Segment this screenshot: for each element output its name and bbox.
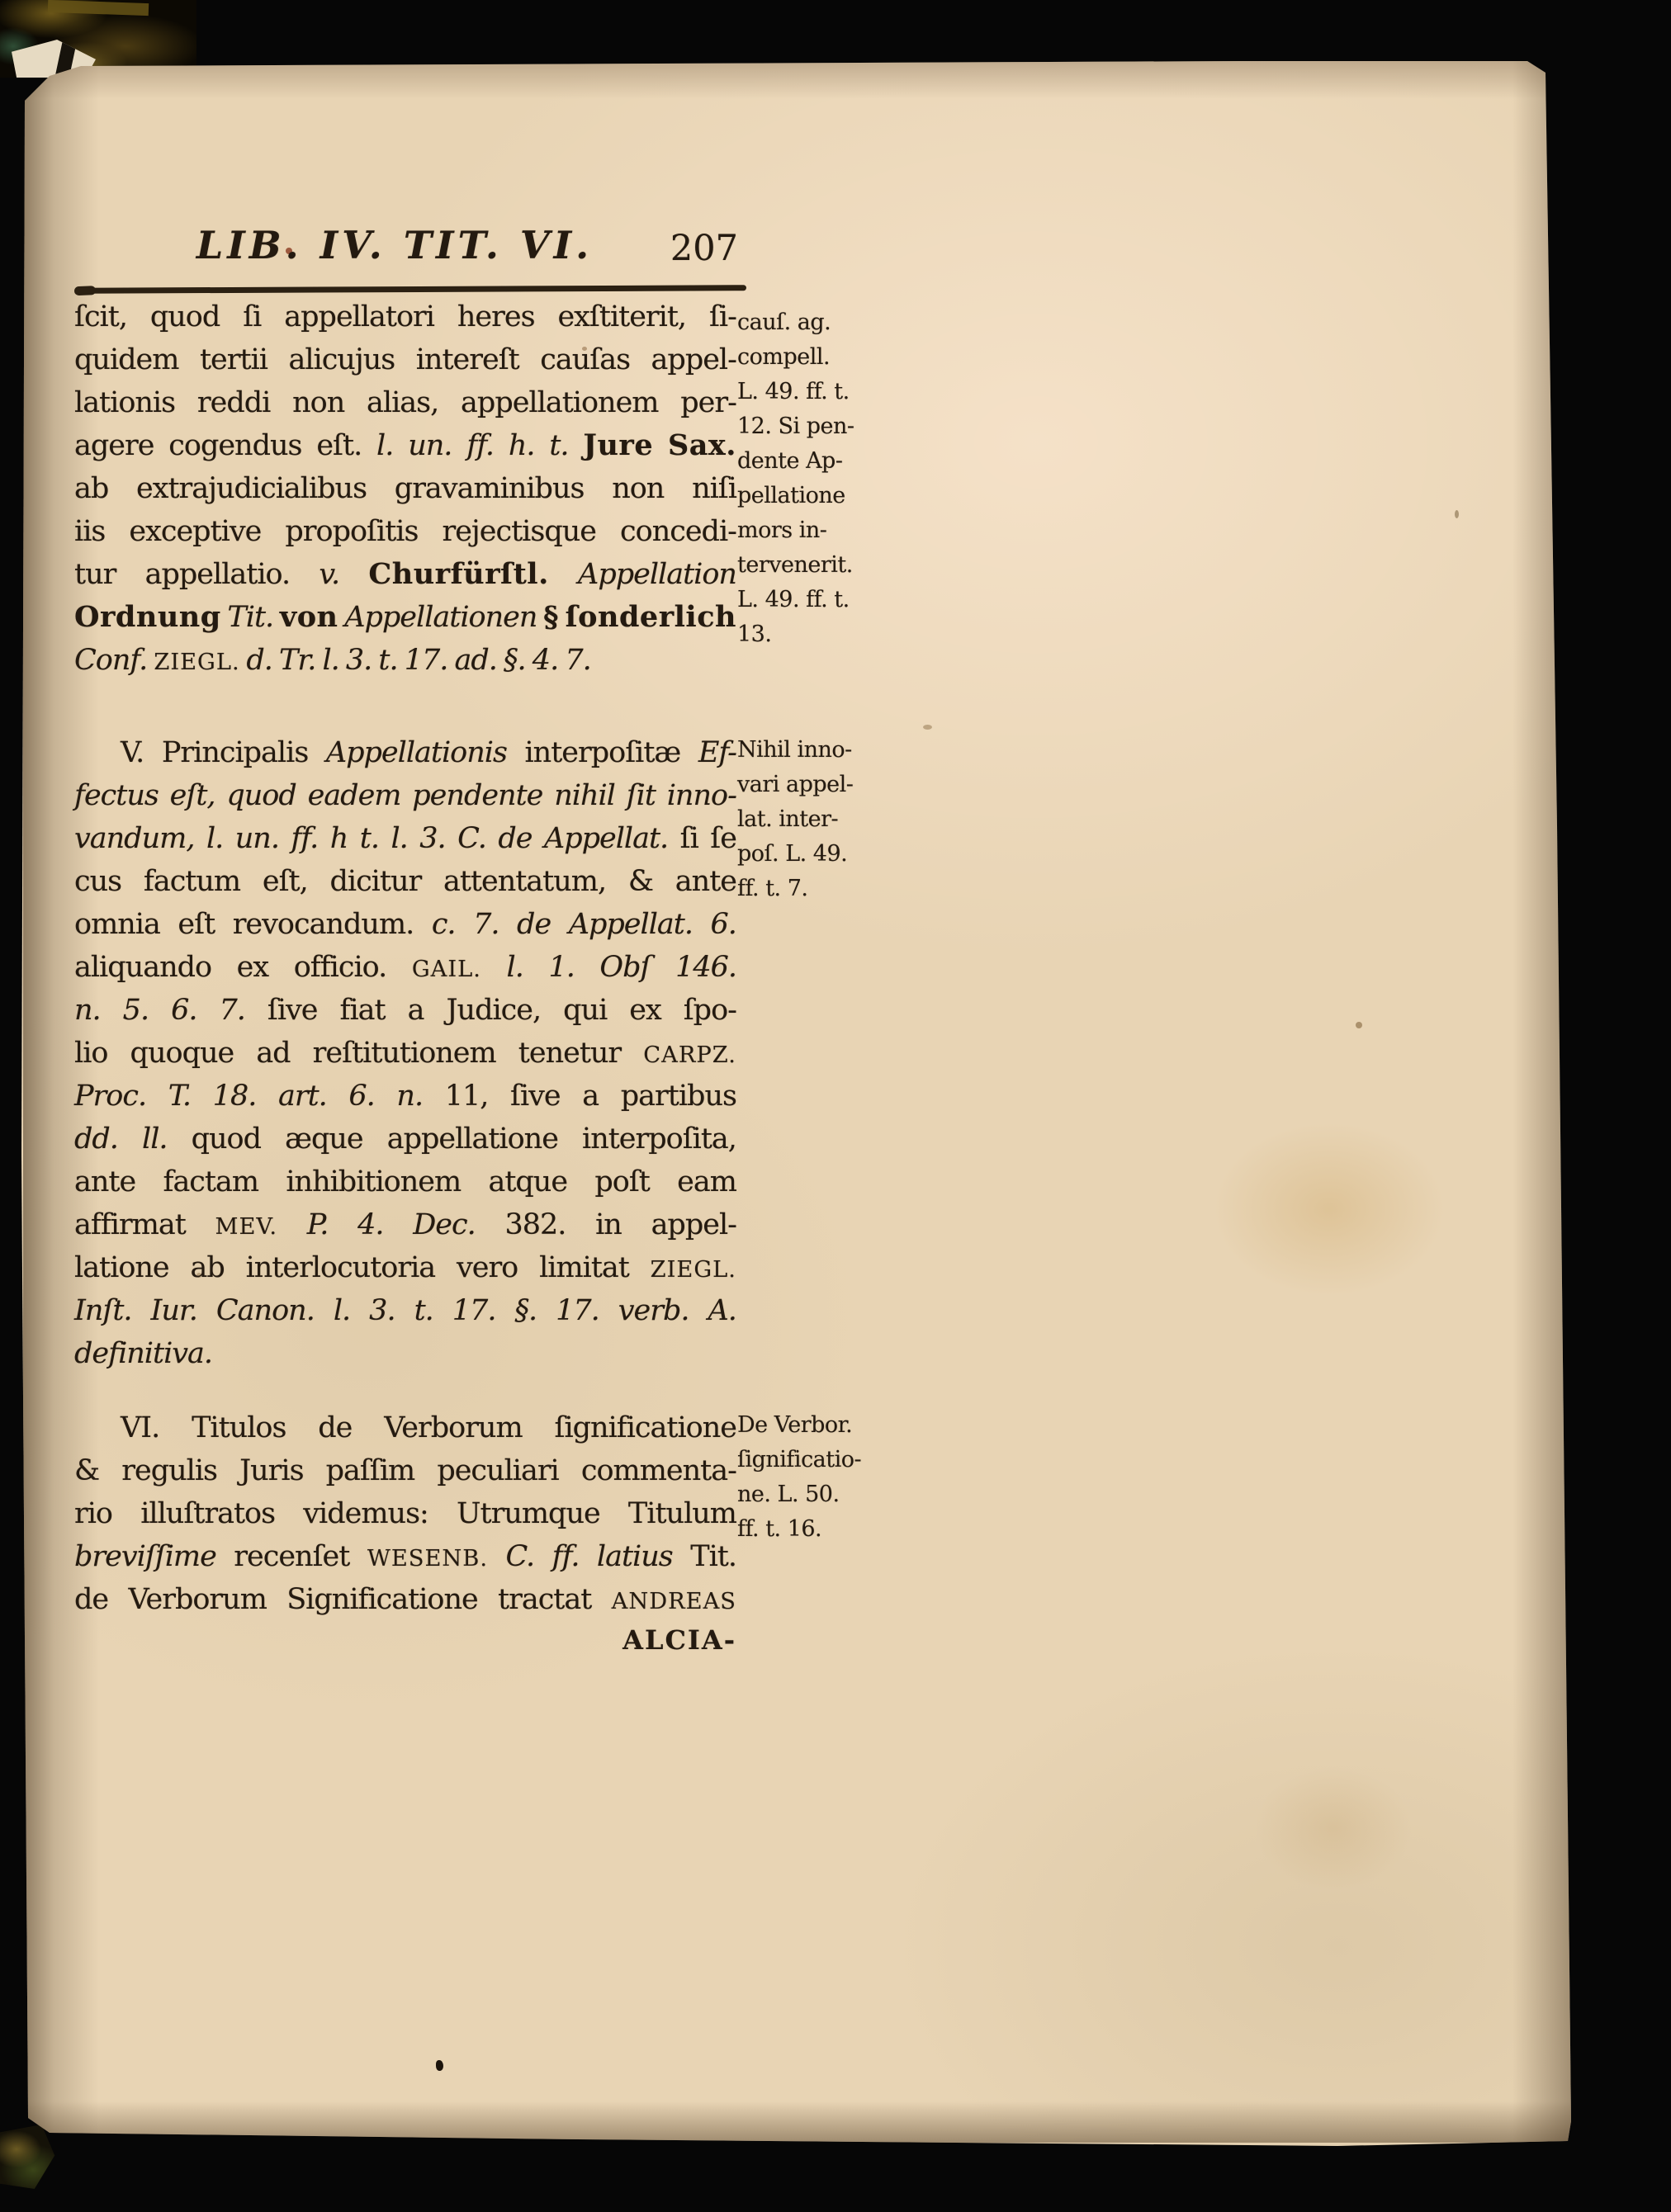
text-run: 146. (675, 946, 736, 989)
text-run: latione (74, 1246, 169, 1289)
text-line: pellatione (737, 479, 902, 513)
text-run: intereſt (416, 338, 519, 381)
text-run: GAIL. (412, 948, 481, 991)
stain (1255, 1766, 1412, 1890)
text-run: qui (563, 989, 607, 1032)
text-run: vandum, (74, 817, 194, 860)
text-run: CARPZ. (643, 1034, 736, 1077)
text-run: quod (226, 774, 296, 817)
text-run: Dec. (413, 1203, 476, 1246)
text-run: Inſt. (74, 1289, 132, 1332)
text-run: art. (278, 1075, 327, 1118)
text-run: de (498, 817, 532, 860)
text-run: vero (457, 1246, 518, 1289)
text-run: ſi (680, 817, 698, 860)
text-line: dente Ap- (737, 444, 902, 479)
text-run: ab (74, 467, 108, 510)
text-run: poſt (594, 1160, 650, 1203)
text-run: rejectisque (442, 510, 596, 553)
text-run: videmus: (303, 1492, 428, 1535)
text-run: eſt (178, 903, 215, 946)
text-run: Principalis (162, 731, 308, 774)
text-run: exceptive (129, 510, 261, 553)
text-run: 3. (369, 1289, 395, 1332)
text-run: MEV. (215, 1206, 278, 1249)
text-line: OrdnungTit.vonAppellationen§ſonderlich (74, 596, 736, 639)
text-line: lioquoqueadreſtitutionemteneturCARPZ. (74, 1032, 736, 1075)
text-run: t. (414, 1289, 433, 1332)
text-run: æque (285, 1118, 363, 1160)
text-line: abextrajudicialibusgravaminibusnonniſi (74, 467, 736, 510)
text-run: l. (334, 1289, 350, 1332)
text-run: exſtiterit, (557, 295, 686, 338)
text-run: interpoſita, (582, 1118, 736, 1160)
text-run: ff. (466, 424, 494, 467)
text-run: fectus (74, 774, 159, 817)
text-line: omniaeſtrevocandum.c.7.deAppellat.6. (74, 903, 736, 946)
text-line: dd.ll.quodæqueappellationeinterpoſita, (74, 1118, 736, 1160)
text-run: factum (144, 860, 240, 903)
text-run: recenſet (234, 1535, 349, 1578)
text-run: eſt, (170, 774, 215, 817)
text-line: Nihil inno- (737, 733, 902, 768)
text-run: appellatione (387, 1118, 558, 1160)
text-line: ne. L. 50. (737, 1477, 902, 1512)
text-run: Titulum (628, 1492, 736, 1535)
text-run: C. (506, 1535, 535, 1578)
text-run: definitiva. (74, 1337, 212, 1370)
text-run: niſi (692, 467, 736, 510)
text-run: n. (396, 1075, 423, 1118)
text-line: ſcit,quodſiappellatoriheresexſtiterit,ſi… (74, 295, 736, 338)
text-run: l. (391, 817, 407, 860)
binding-edge-bottom (0, 2125, 59, 2189)
text-run: ſpo- (684, 989, 736, 1032)
text-run: a (408, 989, 424, 1032)
text-run: lationis (74, 381, 175, 424)
text-run: ad (256, 1032, 290, 1075)
text-run: dicitur (329, 860, 421, 903)
text-run: breviſſime (74, 1535, 216, 1578)
text-run: affirmat (74, 1203, 186, 1246)
text-run: c. (432, 903, 456, 946)
text-run: ff. (552, 1535, 580, 1578)
text-run: paſſim (326, 1449, 415, 1492)
header-rule (76, 285, 746, 294)
text-run: n. (74, 989, 101, 1032)
text-run: extrajudicialibus (136, 467, 367, 510)
text-line: aliquandoexofficio.GAIL.l.1.Obſ146. (74, 946, 736, 989)
paragraph-section-v: V.PrincipalisAppellationisinterpoſitæEf-… (74, 731, 736, 1375)
stain (1455, 510, 1459, 518)
text-line: cusfactumeſt,diciturattentatum,&ante (74, 860, 736, 903)
text-line: ff. t. 7. (737, 872, 902, 906)
text-run: ſit (627, 774, 656, 817)
text-run: eſt. (316, 424, 362, 467)
text-run: per- (680, 381, 736, 424)
text-run: quod (192, 1118, 261, 1160)
text-line: fectuseſt,quodeadempendentenihilſitinno- (74, 774, 736, 817)
text-run: Appellationis (326, 731, 507, 774)
text-run: Sax. (668, 424, 736, 467)
text-line: 12. Si pen- (737, 409, 902, 444)
text-run: alias, (367, 381, 438, 424)
text-run: Churfürſtl. (368, 553, 548, 596)
stain (1214, 1123, 1445, 1296)
text-run: factam (163, 1160, 258, 1203)
text-line: Proc.T.18.art.6.n.11,ſiveapartibus (74, 1075, 736, 1118)
text-run: quoque (130, 1032, 234, 1075)
text-run: tenetur (518, 1032, 621, 1075)
text-run: t. (549, 424, 568, 467)
text-run: Jure (583, 424, 653, 467)
text-run: revocandum. (233, 903, 414, 946)
text-run: Appellat. (544, 817, 668, 860)
text-line: agerecogenduseſt.l.un.ff.h.t.JureSax. (74, 424, 736, 467)
stain (923, 725, 932, 730)
text-run: ZIEGL. (154, 650, 246, 675)
text-run: alicujus (288, 338, 395, 381)
running-header: LIB. IV. TIT. VI. (147, 223, 642, 267)
text-line: vandum,l.un.ff.ht.l.3.C.deAppellat.ſiſe (74, 817, 736, 860)
catchword: ALCIA- (495, 1624, 736, 1656)
text-run: VI. (121, 1406, 159, 1449)
text-run: l. (376, 424, 393, 467)
book-scan: LIB. IV. TIT. VI. 207 ſcit,quodſiappella… (0, 0, 1671, 2212)
text-run: Iur. (151, 1289, 197, 1332)
scanned-page: LIB. IV. TIT. VI. 207 ſcit,quodſiappella… (0, 0, 1671, 2212)
text-run: 17. (556, 1289, 599, 1332)
text-run: ſive (267, 989, 318, 1032)
text-run: iis (74, 510, 105, 553)
text-run: appel- (651, 338, 736, 381)
text-run: regulis (121, 1449, 217, 1492)
text-run: limitat (539, 1246, 629, 1289)
text-run: Titulos (192, 1406, 286, 1449)
text-run: quidem (74, 338, 178, 381)
text-line: affirmatMEV.P.4.Dec.382.inappel- (74, 1203, 736, 1246)
text-run: omnia (74, 903, 160, 946)
text-run: eam (677, 1160, 736, 1203)
text-run: Appellationen (344, 596, 537, 639)
text-run: von (280, 596, 338, 639)
text-run: reddi (197, 381, 270, 424)
text-run: C. (457, 817, 486, 860)
text-line: definitiva. (74, 1332, 736, 1375)
text-run: Tit. (227, 596, 273, 639)
text-run: 17. (452, 1289, 496, 1332)
text-run: P. (307, 1203, 329, 1246)
text-line: L. 49. ff. t. (737, 375, 902, 409)
text-run: cus (74, 860, 121, 903)
text-line: mors in- (737, 513, 902, 548)
text-run: ex (629, 989, 660, 1032)
text-run: Appellation (578, 553, 736, 596)
text-run: appellationem (461, 381, 658, 424)
text-run: 7. (473, 903, 499, 946)
text-run: Ef- (698, 731, 736, 774)
text-run: appel- (651, 1203, 736, 1246)
text-run: Utrumque (457, 1492, 600, 1535)
text-run: gravaminibus (395, 467, 585, 510)
text-line: &regulisJurispaſſimpeculiaricommenta- (74, 1449, 736, 1492)
text-run: Juris (239, 1449, 303, 1492)
text-run: tractat (498, 1578, 591, 1621)
page-number: 207 (573, 228, 738, 269)
text-run: ante (675, 860, 736, 903)
text-run: officio. (294, 946, 387, 989)
margin-note: Nihil inno-vari appel-lat. inter-poſ. L.… (737, 733, 902, 906)
text-run: Verborum (128, 1578, 266, 1621)
text-run: appellatori (284, 295, 434, 338)
text-run: inhibitionem (286, 1160, 461, 1203)
text-run: Proc. (74, 1075, 146, 1118)
text-run: non (612, 467, 664, 510)
text-run: eſt, (263, 860, 308, 903)
text-run: rio (74, 1492, 112, 1535)
text-run: commenta- (581, 1449, 736, 1492)
text-run: ſe (710, 817, 736, 860)
text-run: fiat (340, 989, 386, 1032)
text-run: interlocutoria (246, 1246, 436, 1289)
text-line: compell. (737, 340, 902, 375)
text-run: 18. (213, 1075, 257, 1118)
text-run: l. (507, 946, 523, 989)
text-run: tertii (200, 338, 267, 381)
text-run: ſcit, (74, 295, 127, 338)
text-run: latius (597, 1535, 673, 1578)
text-run: ante (74, 1160, 135, 1203)
text-run: A. (708, 1289, 736, 1332)
text-run: Judice, (447, 989, 542, 1032)
text-run: appellatio. (145, 553, 290, 596)
text-run: d. Tr. l. 3. t. 17. ad. §. 4. 7. (246, 644, 590, 677)
text-run: 11, (445, 1075, 489, 1118)
text-line: Inſt.Iur.Canon.l.3.t.17.§.17.verb.A. (74, 1289, 736, 1332)
text-run: de (517, 903, 551, 946)
text-line: Conf. ZIEGL. d. Tr. l. 3. t. 17. ad. §. … (74, 639, 736, 682)
text-run: & (74, 1449, 99, 1492)
text-run: l. (206, 817, 223, 860)
text-line: rioilluſtratosvidemus:UtrumqueTitulum (74, 1492, 736, 1535)
text-line: L. 49. ff. t. (737, 583, 902, 617)
text-run: 7. (219, 989, 244, 1032)
text-run: propoſitis (285, 510, 418, 553)
text-run: lio (74, 1032, 107, 1075)
text-line: lationisreddinonalias,appellationemper- (74, 381, 736, 424)
text-run: ff. (291, 817, 318, 860)
text-line: ff. t. 16. (737, 1512, 902, 1547)
text-run: 382. (504, 1203, 566, 1246)
text-run: Significatione (286, 1578, 478, 1621)
text-run: ANDREAS (612, 1581, 736, 1624)
text-run: 6. (171, 989, 196, 1032)
text-run: inno- (667, 774, 736, 817)
text-run: V. (121, 731, 144, 774)
text-run: 5. (123, 989, 149, 1032)
text-line: turappellatio.v.Churfürſtl.Appellation (74, 553, 736, 596)
text-run: eadem (308, 774, 401, 817)
text-line: De Verbor. (737, 1408, 902, 1443)
text-line: lat. inter- (737, 802, 902, 837)
text-run: 1. (548, 946, 574, 989)
text-line: VI.TitulosdeVerborumſignificatione (74, 1406, 736, 1449)
text-run: atque (488, 1160, 567, 1203)
text-line: breviſſimerecenſetWESENB.C.ff.latiusTit. (74, 1535, 736, 1578)
text-run: interpoſitæ (524, 731, 680, 774)
text-line: poſ. L. 49. (737, 837, 902, 872)
text-run: ll. (142, 1118, 168, 1160)
text-run: ſi- (709, 295, 736, 338)
text-run: ZIEGL. (651, 1249, 736, 1292)
text-run: §. (514, 1289, 537, 1332)
text-run: Tit. (690, 1535, 736, 1578)
text-run: cauſas (540, 338, 630, 381)
text-line: quidemtertiialicujusintereſtcauſasappel- (74, 338, 736, 381)
margin-note: De Verbor.ſignificatio-ne. L. 50.ff. t. … (737, 1408, 902, 1547)
text-line: V.PrincipalisAppellationisinterpoſitæEf- (74, 731, 736, 774)
text-run: Canon. (216, 1289, 315, 1332)
text-run: 3. (419, 817, 445, 860)
text-run: quod (150, 295, 220, 338)
text-line: n.5.6.7.ſivefiataJudice,quiexſpo- (74, 989, 736, 1032)
text-run: & (628, 860, 653, 903)
text-line: antefactaminhibitionematquepoſteam (74, 1160, 736, 1203)
paragraph-continuation: ſcit,quodſiappellatoriheresexſtiterit,ſi… (74, 295, 736, 682)
text-run: WESENB. (367, 1538, 488, 1581)
text-run: v. (319, 553, 339, 596)
text-run: illuſtratos (140, 1492, 275, 1535)
text-run: non (292, 381, 344, 424)
margin-note: cauſ. ag.compell.L. 49. ff. t.12. Si pen… (737, 305, 902, 652)
text-run: § (543, 596, 559, 639)
text-run: concedi- (620, 510, 736, 553)
text-run: 4. (357, 1203, 383, 1246)
text-run: Obſ (599, 946, 650, 989)
text-run: peculiari (437, 1449, 558, 1492)
text-run: de (74, 1578, 108, 1621)
text-run: in (595, 1203, 622, 1246)
text-line: tervenerit. (737, 548, 902, 583)
text-run: pendente (412, 774, 542, 817)
text-run: nihil (554, 774, 615, 817)
text-run: Verborum (384, 1406, 522, 1449)
text-line: vari appel- (737, 768, 902, 802)
text-run: ex (237, 946, 268, 989)
text-line: cauſ. ag. (737, 305, 902, 340)
text-run: de (318, 1406, 352, 1449)
text-line: lationeabinterlocutoriaverolimitatZIEGL. (74, 1246, 736, 1289)
text-run: reſtitutionem (313, 1032, 496, 1075)
text-run: partibus (621, 1075, 736, 1118)
text-run: verb. (618, 1289, 689, 1332)
stain (1356, 1022, 1362, 1028)
text-run: attentatum, (443, 860, 606, 903)
text-run: aliquando (74, 946, 211, 989)
text-run: Appellat. (569, 903, 693, 946)
text-line: iisexceptivepropoſitisrejectisqueconcedi… (74, 510, 736, 553)
text-run: h. (509, 424, 535, 467)
paragraph-section-vi: VI.TitulosdeVerborumſignificatione&regul… (74, 1406, 736, 1621)
text-run: heres (457, 295, 535, 338)
text-run: dd. (74, 1118, 118, 1160)
text-run: un. (235, 817, 279, 860)
text-run: ſonderlich (566, 596, 736, 639)
text-run: h (330, 817, 348, 860)
stain (436, 2060, 443, 2071)
text-run: 6. (711, 903, 736, 946)
text-run: Conf. (74, 644, 154, 677)
text-run: 6. (348, 1075, 374, 1118)
text-line: deVerborumSignificationetractatANDREAS (74, 1578, 736, 1621)
text-run: T. (168, 1075, 191, 1118)
text-run: un. (408, 424, 452, 467)
text-run: Ordnung (74, 596, 221, 639)
text-run: agere (74, 424, 154, 467)
text-run: a (582, 1075, 599, 1118)
text-line: 13. (737, 617, 902, 652)
text-run: ſive (510, 1075, 561, 1118)
text-run: ab (190, 1246, 224, 1289)
text-run: t. (360, 817, 379, 860)
text-run: ſignificatione (555, 1406, 737, 1449)
text-run: tur (74, 553, 116, 596)
text-line: ſignificatio- (737, 1443, 902, 1477)
text-run: ſi (243, 295, 261, 338)
text-run: cogendus (168, 424, 301, 467)
